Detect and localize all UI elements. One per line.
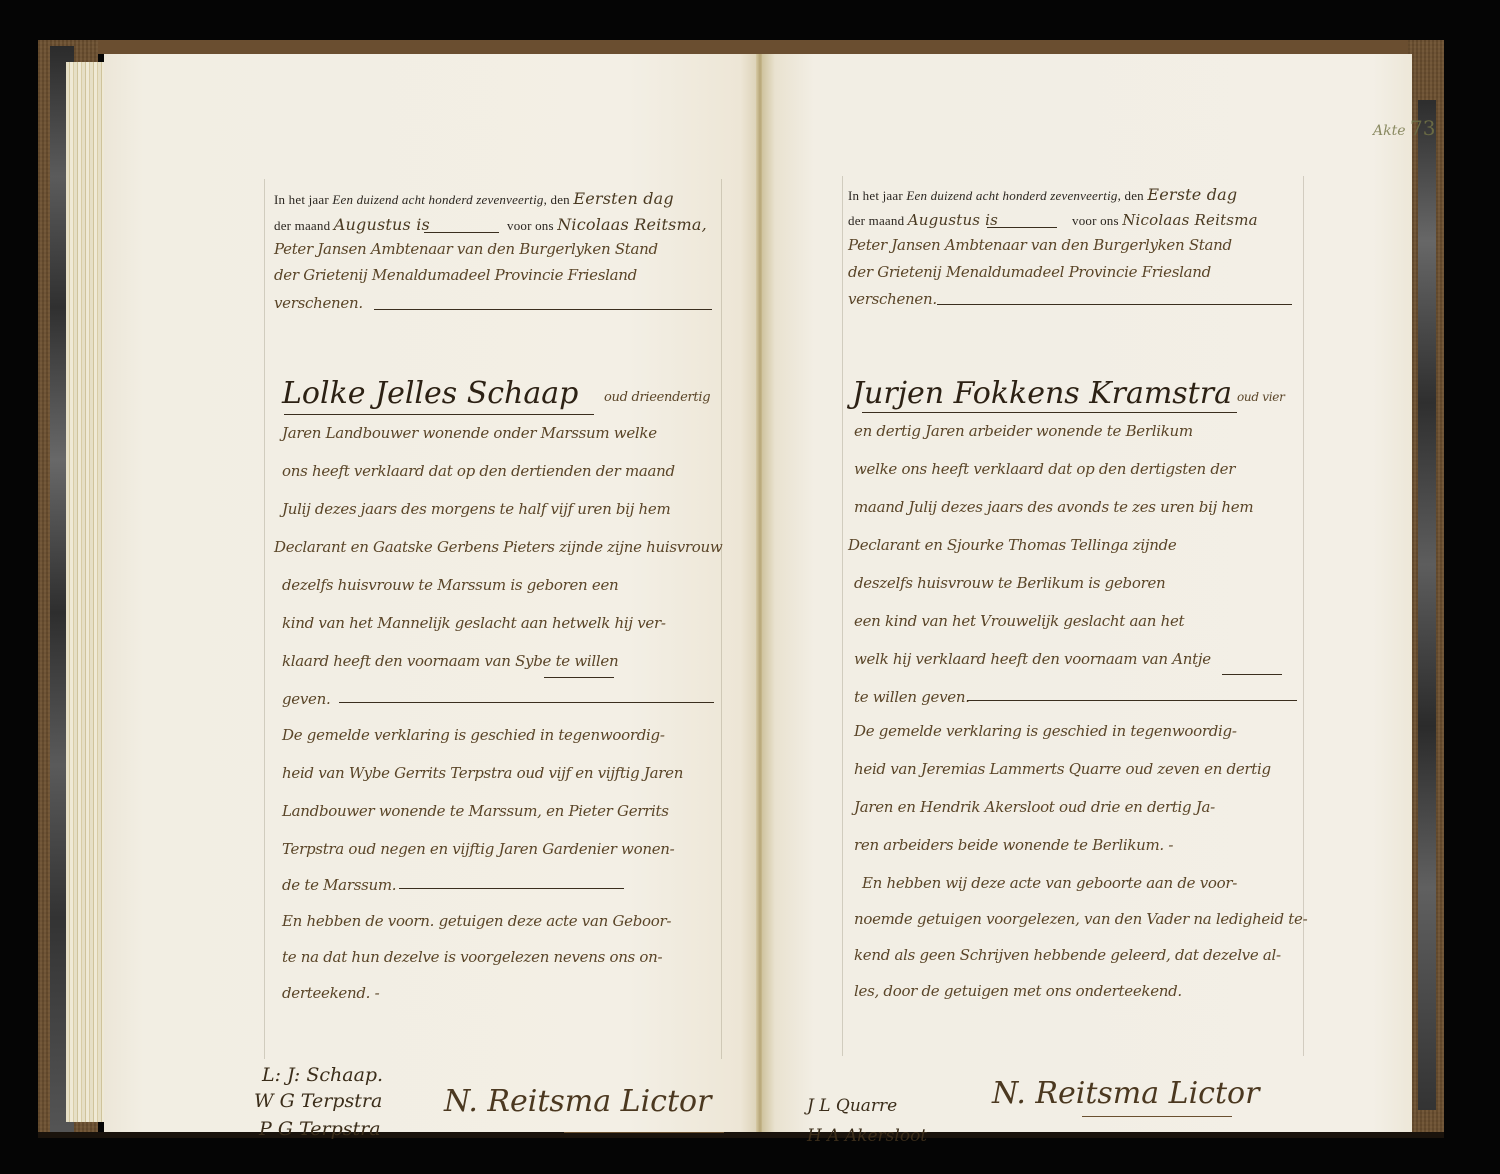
body-line: te willen geven. xyxy=(854,688,970,706)
body-line: oud vier xyxy=(1237,390,1285,404)
witness-line: heid van Wybe Gerrits Terpstra oud vijf … xyxy=(282,764,683,782)
witness-line: ren arbeiders beide wonende te Berlikum.… xyxy=(854,836,1173,854)
cover-bottom-edge xyxy=(38,1132,1444,1138)
section-rule xyxy=(399,888,624,889)
declarant-name: Jurjen Fokkens Kramstra xyxy=(852,376,1232,411)
left-header-line3: Peter Jansen Ambtenaar van den Burgerlyk… xyxy=(274,240,658,258)
witness-line: heid van Jeremias Lammerts Quarre oud ze… xyxy=(854,760,1271,778)
child-name-underline xyxy=(1222,674,1282,675)
witness-line: derteekend. - xyxy=(282,984,379,1002)
left-page: In het jaar Een duizend acht honderd zev… xyxy=(104,54,760,1132)
folio-value: 73 xyxy=(1410,116,1435,140)
body-line: en dertig Jaren arbeider wonende te Berl… xyxy=(854,422,1193,440)
blank-rule xyxy=(424,232,499,233)
right-header-voor: voor ons Nicolaas Reitsma xyxy=(1072,211,1258,229)
name-underline xyxy=(284,414,594,415)
folio-label: Akte xyxy=(1373,123,1406,139)
right-page: In het jaar Een duizend acht honderd zev… xyxy=(762,54,1412,1132)
cover-top-edge xyxy=(38,40,1444,54)
right-header-line1: In het jaar Een duizend acht honderd zev… xyxy=(848,185,1237,204)
section-rule xyxy=(967,700,1297,701)
open-record-book: In het jaar Een duizend acht honderd zev… xyxy=(38,40,1444,1138)
witness-signature: H A Akersloot xyxy=(807,1126,927,1146)
witness-signature: J L Quarre xyxy=(807,1096,897,1116)
left-header-line1: In het jaar Een duizend acht honderd zev… xyxy=(274,189,674,208)
official-signature: N. Reitsma Lictor xyxy=(992,1076,1259,1111)
folio-number: Akte 73 xyxy=(1373,116,1435,140)
marbled-edge-right xyxy=(1418,100,1436,1110)
body-line: deszelfs huisvrouw te Berlikum is gebore… xyxy=(854,574,1165,592)
left-header-line4: der Grietenij Menaldumadeel Provincie Fr… xyxy=(274,266,637,284)
body-line: ons heeft verklaard dat op den dertiende… xyxy=(282,462,675,480)
witness-signature: W G Terpstra xyxy=(254,1090,382,1112)
header-rule xyxy=(374,309,712,310)
child-name-underline xyxy=(544,677,614,678)
witness-line: te na dat hun dezelve is voorgelezen nev… xyxy=(282,948,662,966)
body-line: Declarant en Sjourke Thomas Tellinga zij… xyxy=(848,536,1176,554)
left-header-line5: verschenen. xyxy=(274,294,363,312)
section-rule xyxy=(339,702,714,703)
signature-flourish xyxy=(564,1132,724,1133)
left-header-voor: voor ons Nicolaas Reitsma, xyxy=(507,215,707,234)
witness-signature: L: J: Schaap. xyxy=(262,1064,383,1086)
body-line: een kind van het Vrouwelijk geslacht aan… xyxy=(854,612,1184,630)
body-line: geven. xyxy=(282,690,330,708)
blank-rule xyxy=(987,227,1057,228)
witness-line: noemde getuigen voorgelezen, van den Vad… xyxy=(854,910,1307,928)
body-line: welke ons heeft verklaard dat op den der… xyxy=(854,460,1235,478)
right-header-line5: verschenen. xyxy=(848,290,937,308)
body-line: maand Julij dezes jaars des avonds te ze… xyxy=(854,498,1253,516)
right-header-line3: Peter Jansen Ambtenaar van den Burgerlyk… xyxy=(848,236,1232,254)
witness-line: De gemelde verklaring is geschied in teg… xyxy=(854,722,1237,740)
body-line: Jaren Landbouwer wonende onder Marssum w… xyxy=(282,424,657,442)
witness-line: Jaren en Hendrik Akersloot oud drie en d… xyxy=(854,798,1215,816)
witness-line: Terpstra oud negen en vijftig Jaren Gard… xyxy=(282,840,674,858)
body-line: dezelfs huisvrouw te Marssum is geboren … xyxy=(282,576,618,594)
witness-line: En hebben de voorn. getuigen deze acte v… xyxy=(282,912,671,930)
witness-line: Landbouwer wonende te Marssum, en Pieter… xyxy=(282,802,669,820)
body-line: Julij dezes jaars des morgens te half vi… xyxy=(282,500,670,518)
body-line: kind van het Mannelijk geslacht aan hetw… xyxy=(282,614,666,632)
witness-line: De gemelde verklaring is geschied in teg… xyxy=(282,726,665,744)
body-line: oud drieendertig xyxy=(604,390,710,405)
body-line: welk hij verklaard heeft den voornaam va… xyxy=(854,650,1211,668)
left-header-line2: der maand Augustus is xyxy=(274,215,430,234)
witness-signature: P G Terpstra xyxy=(259,1118,381,1140)
right-header-line4: der Grietenij Menaldumadeel Provincie Fr… xyxy=(848,263,1211,281)
witness-line: de te Marssum. xyxy=(282,876,396,894)
right-header-line2: der maand Augustus is xyxy=(848,211,998,229)
witness-line: kend als geen Schrijven hebbende geleerd… xyxy=(854,946,1281,964)
name-underline xyxy=(862,412,1237,413)
witness-line: En hebben wij deze acte van geboorte aan… xyxy=(862,874,1237,892)
body-line: klaard heeft den voornaam van Sybe te wi… xyxy=(282,652,618,670)
signature-flourish xyxy=(1082,1116,1232,1117)
witness-line: les, door de getuigen met ons onderteeke… xyxy=(854,982,1182,1000)
declarant-name: Lolke Jelles Schaap xyxy=(282,376,578,411)
official-signature: N. Reitsma Lictor xyxy=(444,1084,711,1119)
body-line: Declarant en Gaatske Gerbens Pieters zij… xyxy=(274,538,722,556)
header-rule xyxy=(937,304,1292,305)
